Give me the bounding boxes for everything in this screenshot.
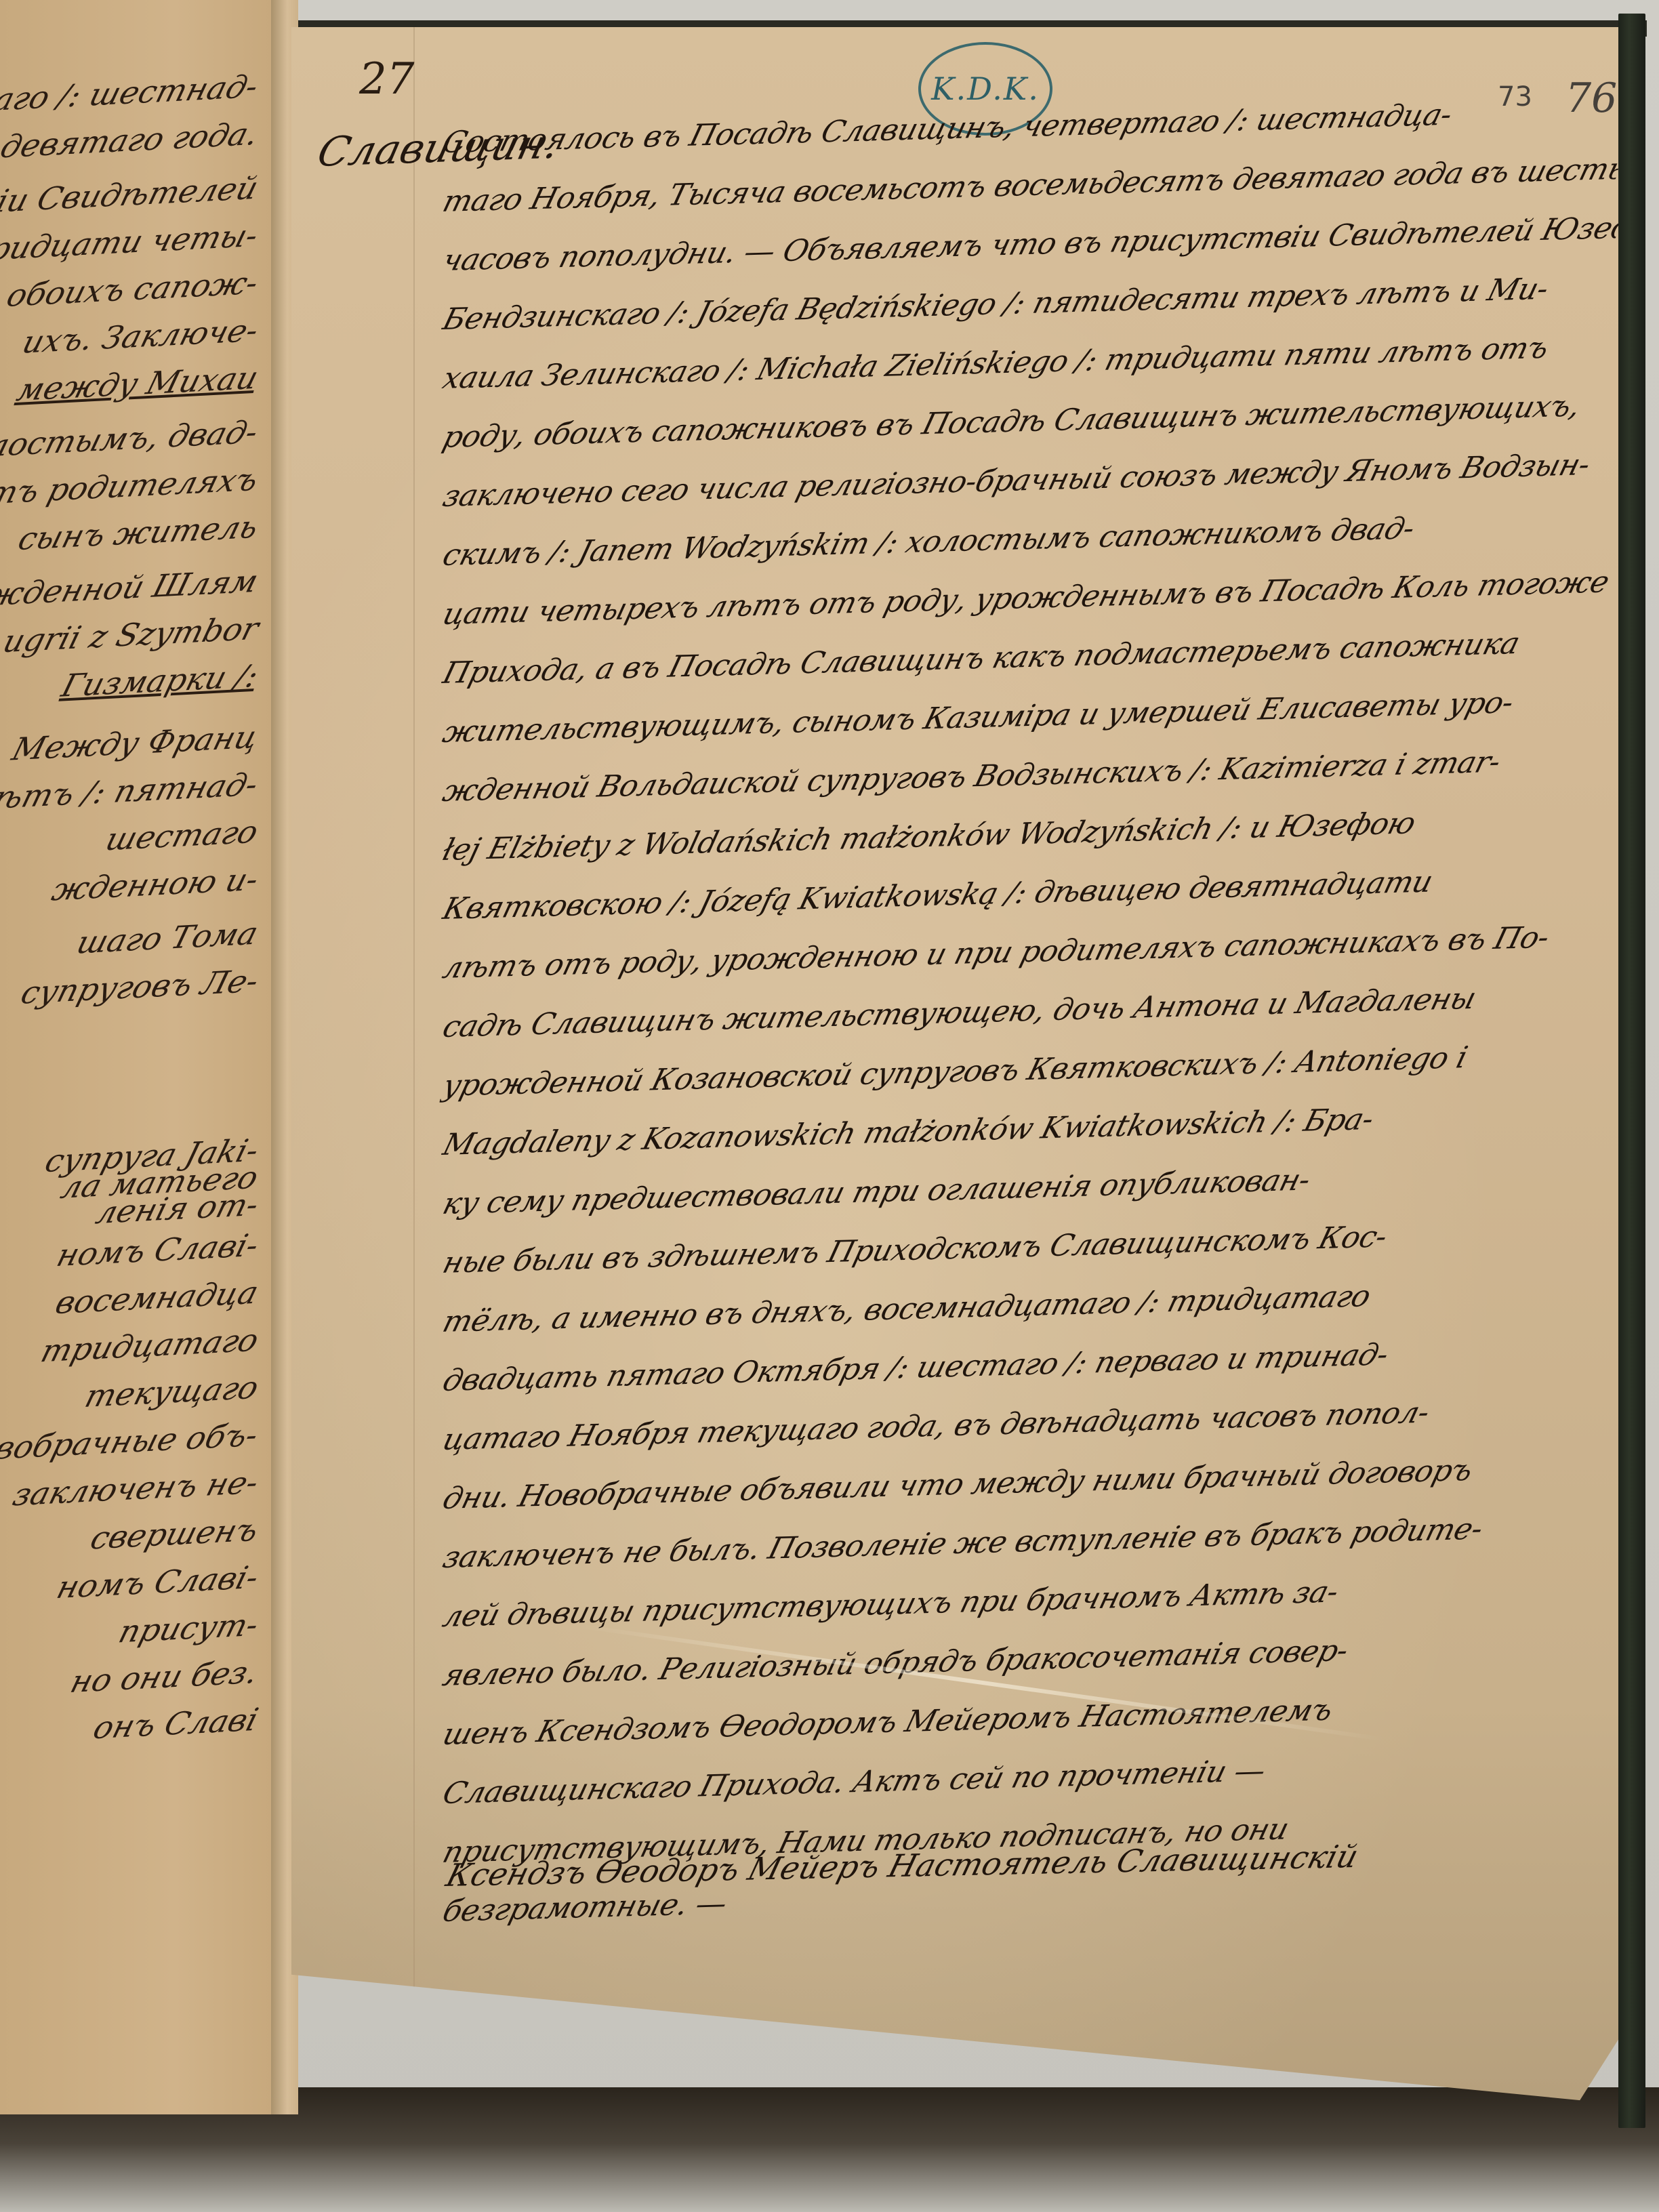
left-fragment: тридцати четы- xyxy=(0,217,262,269)
left-fragment: таго /: шестнад- xyxy=(0,68,262,119)
left-page: таго /: шестнад- девятаго года. твіи Сви… xyxy=(0,0,291,2114)
left-fragment: холостымъ, двад- xyxy=(0,413,262,466)
left-fragment: свершенъ xyxy=(87,1511,262,1557)
page-margin-line xyxy=(413,27,415,2060)
left-fragment: сынъ житель xyxy=(14,508,262,557)
left-fragment: Между Франц xyxy=(9,718,263,767)
left-fragment: присут- xyxy=(115,1606,262,1650)
record-text: Состоялось въ Посадѣ Славищинъ, четверта… xyxy=(441,125,1606,1953)
left-fragment: девятаго года. xyxy=(0,115,262,165)
stamp-monogram: K.D.K. xyxy=(931,70,1040,107)
left-fragment: роду, обоихъ сапож- xyxy=(0,264,262,319)
left-fragment: текущаго xyxy=(81,1369,262,1414)
left-fragment: жденной Шлям xyxy=(0,562,262,613)
left-fragment: шаго Тома xyxy=(73,915,262,961)
left-fragment: тридцатаго xyxy=(37,1322,262,1369)
left-fragment: онъ Славі xyxy=(89,1701,262,1746)
book-binding-edge xyxy=(1618,14,1645,2128)
left-fragment: ugrii z Szymbor xyxy=(0,610,262,659)
left-fragment: лѣтъ /: пятнад- xyxy=(0,766,262,817)
left-fragment: между Михаи xyxy=(13,359,262,408)
left-fragment: номъ Славі- xyxy=(53,1227,263,1273)
left-fragment: твіи Свидѣтелей xyxy=(0,169,262,222)
left-fragment: но они без. xyxy=(67,1654,263,1700)
left-fragment: восемнадца xyxy=(52,1274,262,1321)
record-number: 27 xyxy=(359,54,414,104)
left-fragment: заключенъ не- xyxy=(9,1464,262,1513)
left-fragment: отъ родителяхъ xyxy=(0,461,262,512)
left-fragment: супруговъ Ле- xyxy=(17,962,262,1011)
left-fragment: Гизмарки /: xyxy=(58,657,262,704)
left-fragment: шестаго xyxy=(102,813,263,857)
left-fragment: ихъ. Заключе- xyxy=(18,312,262,361)
register-page: 27 K.D.K. 73 76 Славищин. Состоялось въ … xyxy=(291,27,1620,2121)
left-fragment: номъ Славі- xyxy=(53,1559,263,1605)
left-fragment: новобрачные объ- xyxy=(0,1416,262,1469)
left-fragment: жденною и- xyxy=(48,861,263,907)
